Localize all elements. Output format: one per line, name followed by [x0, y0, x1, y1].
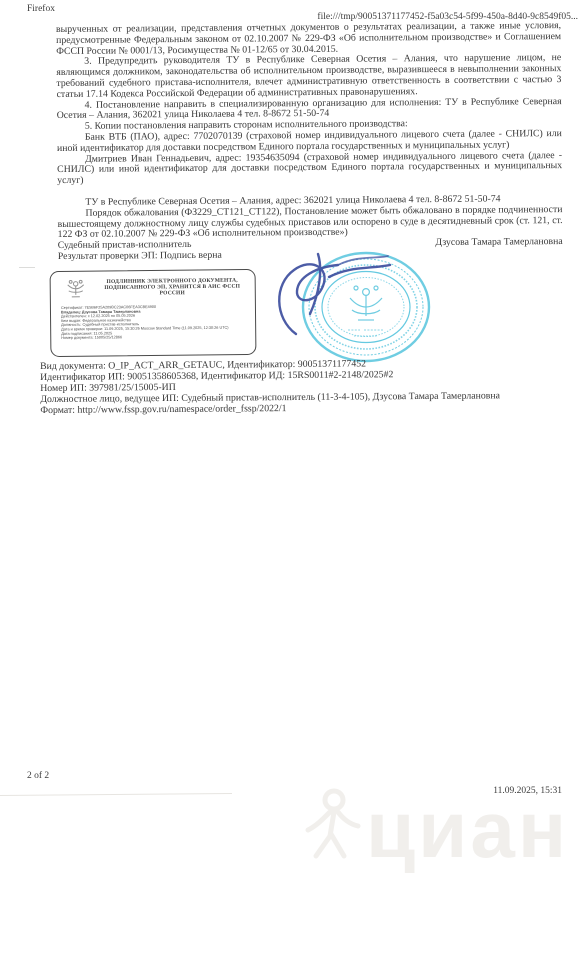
paragraph-appeal-order: Порядок обжалования (ФЗ229_СТ121_СТ122),… — [57, 205, 562, 241]
print-footer-page-indicator: 2 of 2 — [27, 771, 49, 781]
scan-artifact-dash — [19, 267, 35, 268]
paragraph-continuation: вырученных от реализации, представления … — [56, 21, 561, 57]
printed-document-page: Firefox file:///tmp/90051371177452-f5a03… — [0, 0, 583, 960]
paragraph-dmitriev: Дмитриев Иван Геннадьевич, адрес: 193546… — [57, 151, 562, 187]
stamp-detail-lines: Сертификат: 7E5B6F25A209BC23AC06FEA3CBE4… — [61, 304, 251, 340]
cian-watermark-label: циан — [366, 784, 569, 876]
fssp-eagle-emblem-icon — [65, 277, 87, 301]
print-header-app-name: Firefox — [27, 4, 55, 14]
scan-artifact-line — [0, 793, 232, 796]
paragraph-item-3: 3. Предупредить руководителя ТУ в Респуб… — [56, 53, 561, 100]
cian-pin-icon — [300, 786, 364, 862]
e-signature-stamp-box: ПОДЛИННИК ЭЛЕКТРОННОГО ДОКУМЕНТА, ПОДПИС… — [50, 269, 257, 357]
document-metadata: Вид документа: O_IP_ACT_ARR_GETAUC, Иден… — [40, 357, 570, 416]
signature-scribble — [266, 246, 406, 341]
stamp-title: ПОДЛИННИК ЭЛЕКТРОННОГО ДОКУМЕНТА, ПОДПИС… — [95, 277, 250, 297]
officer-name: Дзусова Тамара Тамерлановна — [435, 237, 562, 249]
document-body: вырученных от реализации, представления … — [56, 21, 563, 263]
